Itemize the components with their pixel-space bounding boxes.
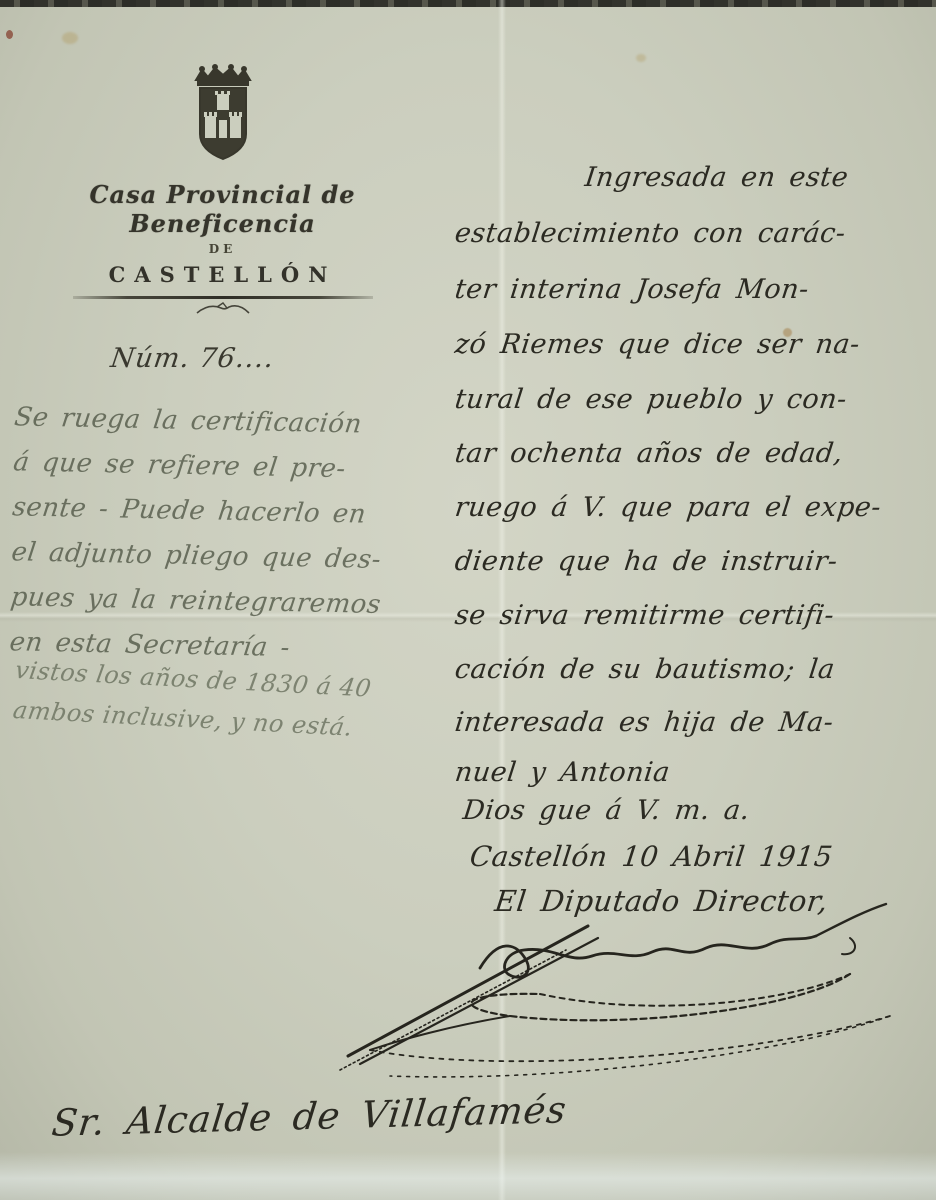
addressee-line: Sr. Alcalde de Villafamés [50, 1088, 569, 1145]
body-line: ruego á V. que para el expe- [453, 492, 883, 523]
dateline: Castellón 10 Abril 1915 [468, 840, 835, 873]
body-line: tural de ese pueblo y con- [453, 384, 849, 415]
body-line: zó Riemes que dice ser na- [453, 329, 862, 360]
paper-stain [62, 32, 78, 44]
organization-de: DE [0, 242, 445, 256]
letterhead: Casa Provincial de Beneficencia DE CASTE… [0, 62, 445, 374]
scan-top-edge [0, 0, 936, 7]
body-line: nuel y Antonia [453, 757, 672, 788]
body-line: cación de su bautismo; la [453, 654, 837, 685]
signature-flourish [330, 898, 930, 1088]
scan-bottom-glare [0, 1152, 936, 1200]
paper-stain [6, 30, 13, 39]
letterhead-rule [73, 296, 373, 299]
valediction-line: Dios gue á V. m. a. [461, 795, 752, 826]
body-line: diente que ha de instruir- [453, 546, 839, 577]
body-line: Ingresada en este [583, 162, 850, 193]
body-line: tar ochenta años de edad, [453, 438, 845, 469]
coat-of-arms-icon [184, 62, 262, 170]
letter-body: Ingresada en este establecimiento con ca… [455, 150, 935, 910]
scanned-letter-page: Casa Provincial de Beneficencia DE CASTE… [0, 0, 936, 1200]
organization-city: CASTELLÓN [0, 262, 445, 287]
ornament-flourish-icon [193, 301, 253, 317]
document-number: Núm. 76.... [0, 343, 387, 374]
body-line: ter interina Josefa Mon- [453, 274, 811, 305]
paper-stain [636, 54, 646, 62]
organization-name: Casa Provincial de Beneficencia [0, 180, 445, 238]
body-line: se sirva remitirme certifi- [453, 600, 836, 631]
body-line: establecimiento con carác- [453, 218, 847, 249]
body-line: interesada es hija de Ma- [453, 707, 835, 738]
margin-annotation: Se ruega la certificación á que se refie… [9, 395, 470, 674]
